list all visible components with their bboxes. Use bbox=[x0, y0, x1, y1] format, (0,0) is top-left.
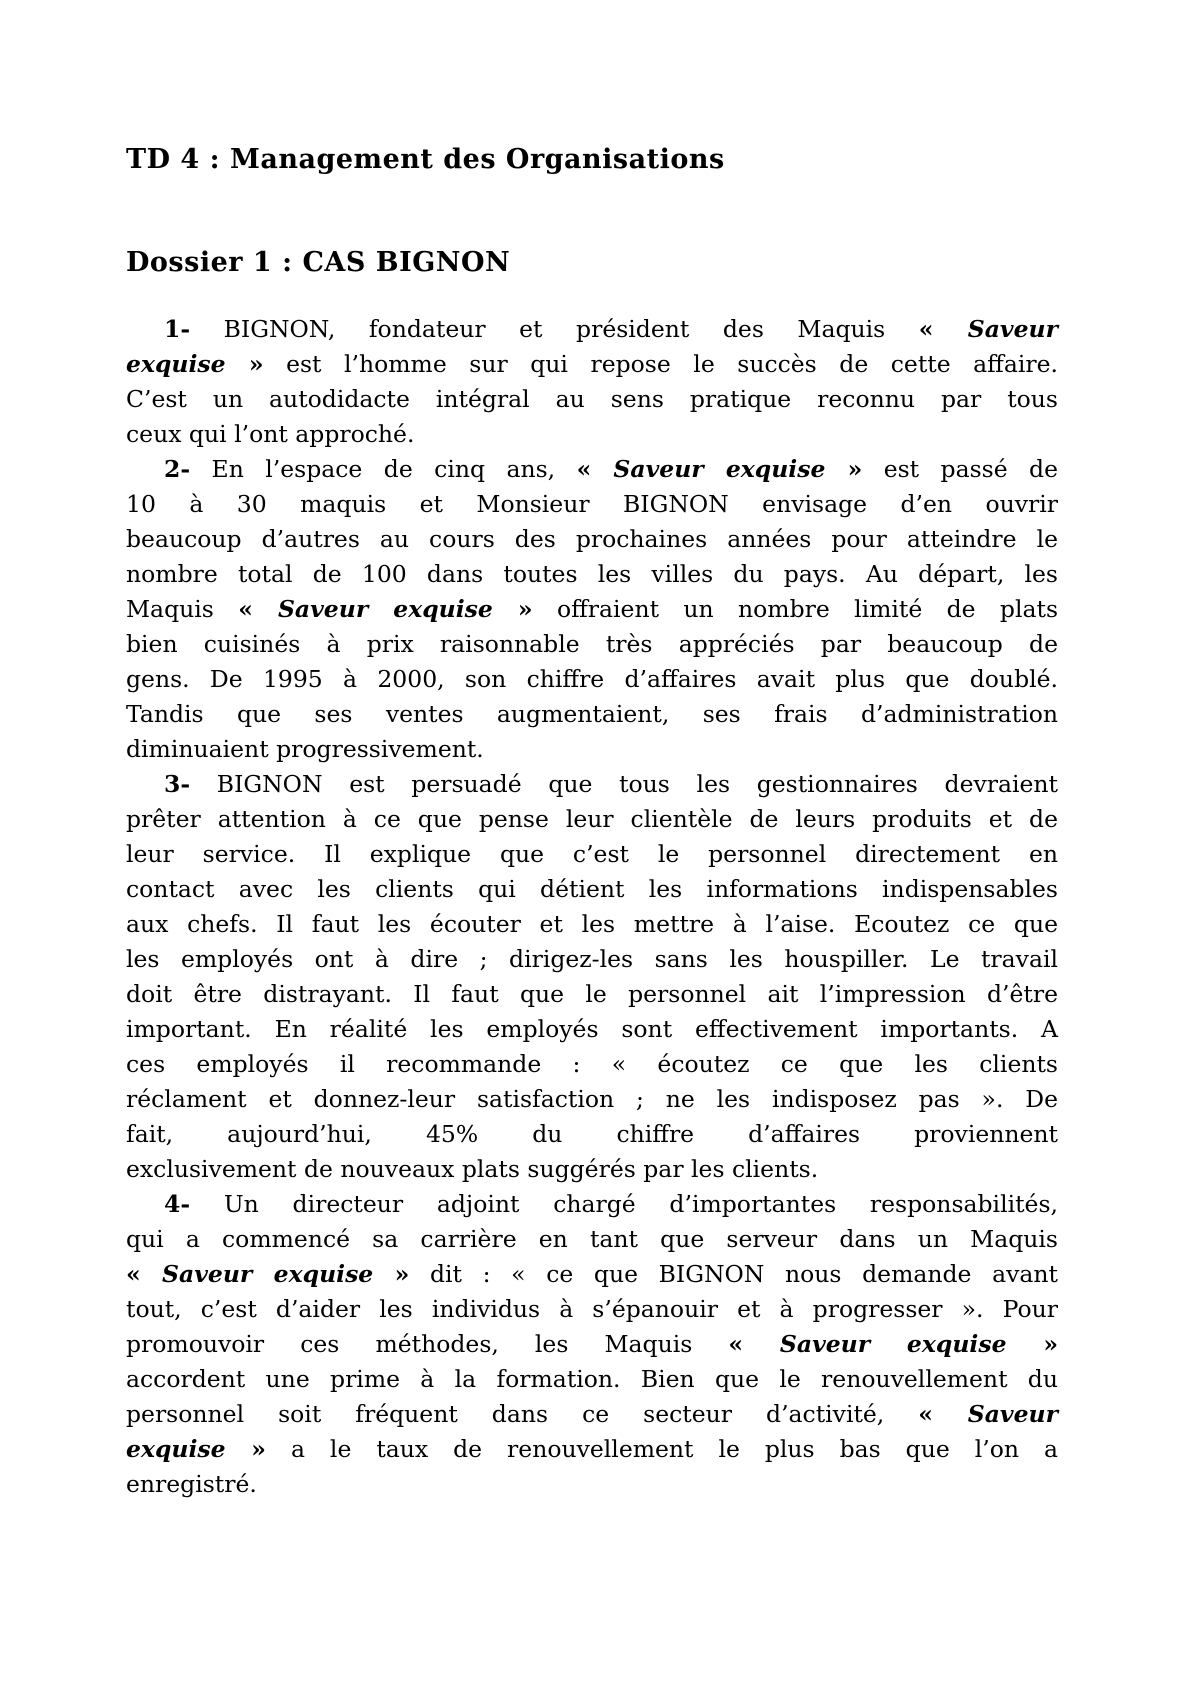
text-run: ceux qui l’ont approché. bbox=[126, 420, 414, 448]
text-line: nombre total de 100 dans toutes les vill… bbox=[126, 557, 1058, 592]
text-run: personnel soit fréquent dans ce secteur … bbox=[126, 1400, 918, 1428]
emphasized-text-run: » bbox=[825, 455, 862, 483]
text-run: qui a commencé sa carrière en tant que s… bbox=[126, 1225, 1058, 1253]
emphasized-text-run: 4- bbox=[164, 1190, 190, 1218]
emphasized-text-run: « bbox=[126, 1260, 162, 1288]
document-title: TD 4 : Management des Organisations bbox=[126, 142, 1058, 177]
text-run: contact avec les clients qui détient les… bbox=[126, 875, 1058, 903]
text-line: enregistré. bbox=[126, 1467, 1058, 1502]
emphasized-text-run: Saveur exquise bbox=[162, 1260, 373, 1288]
text-line: exclusivement de nouveaux plats suggérés… bbox=[126, 1152, 1058, 1187]
text-run: réclament et donnez-leur satisfaction ; … bbox=[126, 1085, 1058, 1113]
emphasized-text-run: Saveur bbox=[968, 1400, 1058, 1428]
text-run: tout, c’est d’aider les individus à s’ép… bbox=[126, 1295, 1058, 1323]
emphasized-text-run: 1- bbox=[164, 315, 190, 343]
text-line: 2- En l’espace de cinq ans, « Saveur exq… bbox=[126, 452, 1058, 487]
text-run: gens. De 1995 à 2000, son chiffre d’affa… bbox=[126, 665, 1058, 693]
text-line: leur service. Il explique que c’est le p… bbox=[126, 837, 1058, 872]
text-line: doit être distrayant. Il faut que le per… bbox=[126, 977, 1058, 1012]
text-line: contact avec les clients qui détient les… bbox=[126, 872, 1058, 907]
text-line: personnel soit fréquent dans ce secteur … bbox=[126, 1397, 1058, 1432]
emphasized-text-run: Saveur exquise bbox=[613, 455, 825, 483]
emphasized-text-run: exquise bbox=[126, 1435, 226, 1463]
emphasized-text-run: » bbox=[226, 350, 264, 378]
text-line: 10 à 30 maquis et Monsieur BIGNON envisa… bbox=[126, 487, 1058, 522]
emphasized-text-run: » bbox=[493, 595, 533, 623]
text-run: bien cuisinés à prix raisonnable très ap… bbox=[126, 630, 1058, 658]
emphasized-text-run: Saveur bbox=[968, 315, 1058, 343]
text-line: gens. De 1995 à 2000, son chiffre d’affa… bbox=[126, 662, 1058, 697]
text-run: dit : « ce que BIGNON nous demande avant bbox=[409, 1260, 1058, 1288]
text-line: bien cuisinés à prix raisonnable très ap… bbox=[126, 627, 1058, 662]
text-run: BIGNON, fondateur et président des Maqui… bbox=[190, 315, 919, 343]
emphasized-text-run: » bbox=[226, 1435, 266, 1463]
text-run: nombre total de 100 dans toutes les vill… bbox=[126, 560, 1058, 588]
text-line: prêter attention à ce que pense leur cli… bbox=[126, 802, 1058, 837]
text-line: 3- BIGNON est persuadé que tous les gest… bbox=[126, 767, 1058, 802]
text-line: Tandis que ses ventes augmentaient, ses … bbox=[126, 697, 1058, 732]
text-run: leur service. Il explique que c’est le p… bbox=[126, 840, 1058, 868]
emphasized-text-run: exquise bbox=[126, 350, 226, 378]
text-line: tout, c’est d’aider les individus à s’ép… bbox=[126, 1292, 1058, 1327]
text-run: fait, aujourd’hui, 45% du chiffre d’affa… bbox=[126, 1120, 1058, 1148]
text-run: promouvoir ces méthodes, les Maquis bbox=[126, 1330, 728, 1358]
text-line: réclament et donnez-leur satisfaction ; … bbox=[126, 1082, 1058, 1117]
document-column: TD 4 : Management des Organisations Doss… bbox=[126, 0, 1058, 1502]
text-line: diminuaient progressivement. bbox=[126, 732, 1058, 767]
text-line: C’est un autodidacte intégral au sens pr… bbox=[126, 382, 1058, 417]
text-run: 10 à 30 maquis et Monsieur BIGNON envisa… bbox=[126, 490, 1058, 518]
text-line: 1- BIGNON, fondateur et président des Ma… bbox=[126, 312, 1058, 347]
text-run: les employés ont à dire ; dirigez-les sa… bbox=[126, 945, 1058, 973]
text-run: En l’espace de cinq ans, bbox=[190, 455, 576, 483]
text-line: Maquis « Saveur exquise » offraient un n… bbox=[126, 592, 1058, 627]
text-run: est l’homme sur qui repose le succès de … bbox=[264, 350, 1058, 378]
paragraph-1: 1- BIGNON, fondateur et président des Ma… bbox=[126, 312, 1058, 452]
emphasized-text-run: « bbox=[918, 1400, 967, 1428]
text-line: ceux qui l’ont approché. bbox=[126, 417, 1058, 452]
text-run: exclusivement de nouveaux plats suggérés… bbox=[126, 1155, 818, 1183]
text-line: fait, aujourd’hui, 45% du chiffre d’affa… bbox=[126, 1117, 1058, 1152]
text-line: accordent une prime à la formation. Bien… bbox=[126, 1362, 1058, 1397]
text-run: Tandis que ses ventes augmentaient, ses … bbox=[126, 700, 1058, 728]
text-line: « Saveur exquise » dit : « ce que BIGNON… bbox=[126, 1257, 1058, 1292]
text-run: Maquis bbox=[126, 595, 238, 623]
text-run: beaucoup d’autres au cours des prochaine… bbox=[126, 525, 1058, 553]
text-run: est passé de bbox=[862, 455, 1058, 483]
text-run: offraient un nombre limité de plats bbox=[533, 595, 1058, 623]
document-page: TD 4 : Management des Organisations Doss… bbox=[0, 0, 1200, 1696]
text-run: diminuaient progressivement. bbox=[126, 735, 484, 763]
emphasized-text-run: Saveur exquise bbox=[780, 1330, 1007, 1358]
document-subtitle: Dossier 1 : CAS BIGNON bbox=[126, 245, 1058, 280]
document-body: 1- BIGNON, fondateur et président des Ma… bbox=[126, 312, 1058, 1502]
paragraph-4: 4- Un directeur adjoint chargé d’importa… bbox=[126, 1187, 1058, 1502]
emphasized-text-run: « bbox=[577, 455, 614, 483]
paragraph-2: 2- En l’espace de cinq ans, « Saveur exq… bbox=[126, 452, 1058, 767]
text-line: important. En réalité les employés sont … bbox=[126, 1012, 1058, 1047]
text-run: aux chefs. Il faut les écouter et les me… bbox=[126, 910, 1058, 938]
emphasized-text-run: « bbox=[238, 595, 278, 623]
paragraph-3: 3- BIGNON est persuadé que tous les gest… bbox=[126, 767, 1058, 1187]
text-line: exquise » est l’homme sur qui repose le … bbox=[126, 347, 1058, 382]
text-run: Un directeur adjoint chargé d’importante… bbox=[190, 1190, 1058, 1218]
emphasized-text-run: 3- bbox=[164, 770, 190, 798]
text-line: aux chefs. Il faut les écouter et les me… bbox=[126, 907, 1058, 942]
text-run: BIGNON est persuadé que tous les gestion… bbox=[190, 770, 1058, 798]
emphasized-text-run: » bbox=[373, 1260, 409, 1288]
text-run: important. En réalité les employés sont … bbox=[126, 1015, 1058, 1043]
text-line: 4- Un directeur adjoint chargé d’importa… bbox=[126, 1187, 1058, 1222]
text-run: ces employés il recommande : « écoutez c… bbox=[126, 1050, 1058, 1078]
text-line: beaucoup d’autres au cours des prochaine… bbox=[126, 522, 1058, 557]
text-run: a le taux de renouvellement le plus bas … bbox=[266, 1435, 1058, 1463]
text-run: enregistré. bbox=[126, 1470, 257, 1498]
text-line: exquise » a le taux de renouvellement le… bbox=[126, 1432, 1058, 1467]
emphasized-text-run: Saveur exquise bbox=[278, 595, 493, 623]
text-run: prêter attention à ce que pense leur cli… bbox=[126, 805, 1058, 833]
text-line: ces employés il recommande : « écoutez c… bbox=[126, 1047, 1058, 1082]
text-line: promouvoir ces méthodes, les Maquis « Sa… bbox=[126, 1327, 1058, 1362]
text-run: accordent une prime à la formation. Bien… bbox=[126, 1365, 1058, 1393]
emphasized-text-run: « bbox=[728, 1330, 779, 1358]
emphasized-text-run: 2- bbox=[164, 455, 190, 483]
text-line: qui a commencé sa carrière en tant que s… bbox=[126, 1222, 1058, 1257]
text-run: C’est un autodidacte intégral au sens pr… bbox=[126, 385, 1058, 413]
text-run: doit être distrayant. Il faut que le per… bbox=[126, 980, 1058, 1008]
emphasized-text-run: « bbox=[919, 315, 968, 343]
text-line: les employés ont à dire ; dirigez-les sa… bbox=[126, 942, 1058, 977]
emphasized-text-run: » bbox=[1007, 1330, 1058, 1358]
